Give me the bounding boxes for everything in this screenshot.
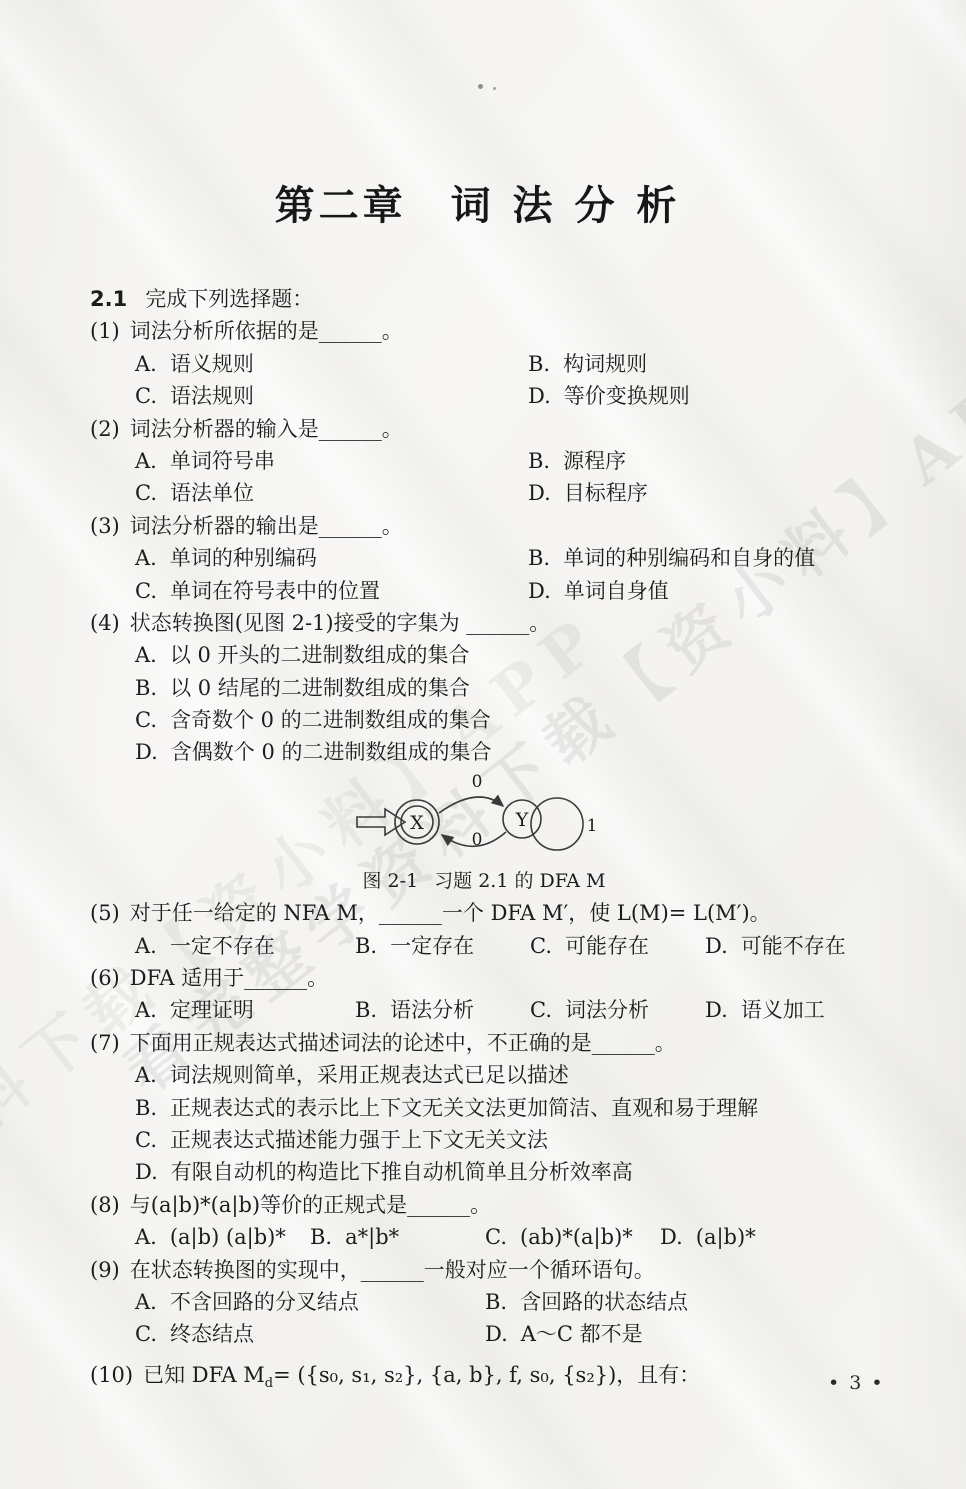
question-1-options-row-1: A.语义规则 B.构词规则 xyxy=(90,348,890,380)
option: A.(a|b) (a|b)* xyxy=(135,1221,310,1253)
option: C.语法规则 xyxy=(135,380,528,412)
option: C.单词在符号表中的位置 xyxy=(135,575,528,607)
question-9-stem: (9)在状态转换图的实现中，______一般对应一个循环语句。 xyxy=(90,1254,890,1286)
question-3-options-row-1: A.单词的种别编码 B.单词的种别编码和自身的值 xyxy=(90,542,890,574)
page-content: 第二章 词 法 分 析 2.1完成下列选择题： (1)词法分析所依据的是____… xyxy=(90,0,890,1391)
question-2-options-row-2: C.语法单位 D.目标程序 xyxy=(90,477,890,509)
question-5-stem: (5)对于任一给定的 NFA M，______一个 DFA M′，使 L(M)=… xyxy=(90,897,890,929)
page-number: • 3 • xyxy=(828,1372,885,1394)
question-7-option-a: A.词法规则简单，采用正规表达式已足以描述 xyxy=(90,1059,890,1091)
question-8-stem: (8)与(a|b)*(a|b)等价的正规式是______。 xyxy=(90,1189,890,1221)
option: B.含回路的状态结点 xyxy=(485,1286,890,1318)
figure-caption: 图 2-1习题 2.1 的 DFA M xyxy=(90,865,878,897)
question-8-options: A.(a|b) (a|b)* B.a*|b* C.(ab)*(a|b)* D.(… xyxy=(90,1221,890,1253)
option: B.一定存在 xyxy=(355,930,530,962)
question-6-options: A.定理证明 B.语法分析 C.词法分析 D.语义加工 xyxy=(90,994,890,1026)
section-text: 完成下列选择题： xyxy=(145,287,313,311)
option: D.可能不存在 xyxy=(705,930,890,962)
question-5-options: A.一定不存在 B.一定存在 C.可能存在 D.可能不存在 xyxy=(90,930,890,962)
option: B.构词规则 xyxy=(528,348,890,380)
edge-label-loop: 1 xyxy=(587,816,598,836)
question-4-option-a: A.以 0 开头的二进制数组成的集合 xyxy=(90,639,890,671)
option: C.终态结点 xyxy=(135,1318,485,1350)
scanned-textbook-page: 看完整学资料下载【资小料】APP 看完整学资料下载【资小料】APP 第二章 词 … xyxy=(0,0,966,1489)
question-7-stem: (7)下面用正规表达式描述词法的论述中，不正确的是______。 xyxy=(90,1027,890,1059)
option: D.等价变换规则 xyxy=(528,380,890,412)
edge-label-bottom: 0 xyxy=(472,830,483,850)
state-y-label: Y xyxy=(515,809,529,831)
question-3-stem: (3)词法分析器的输出是______。 xyxy=(90,510,890,542)
option: D.A～C 都不是 xyxy=(485,1318,890,1350)
section-heading: 2.1完成下列选择题： xyxy=(90,283,890,315)
option: B.a*|b* xyxy=(310,1221,485,1253)
option: A.单词符号串 xyxy=(135,445,528,477)
question-7-option-d: D.有限自动机的构造比下推自动机简单且分析效率高 xyxy=(90,1156,890,1188)
question-1-stem: (1)词法分析所依据的是______。 xyxy=(90,315,890,347)
option: B.源程序 xyxy=(528,445,890,477)
question-2-stem: (2)词法分析器的输入是______。 xyxy=(90,413,890,445)
option: B.单词的种别编码和自身的值 xyxy=(528,542,890,574)
subscript: d xyxy=(265,1376,273,1391)
option: C.词法分析 xyxy=(530,994,705,1026)
question-7-option-c: C.正规表达式描述能力强于上下文无关文法 xyxy=(90,1124,890,1156)
question-4-option-b: B.以 0 结尾的二进制数组成的集合 xyxy=(90,672,890,704)
option: A.一定不存在 xyxy=(135,930,355,962)
self-loop-edge xyxy=(531,798,583,850)
state-x-label: X xyxy=(410,812,424,834)
option: A.语义规则 xyxy=(135,348,528,380)
question-3-options-row-2: C.单词在符号表中的位置 D.单词自身值 xyxy=(90,575,890,607)
question-10-stem: (10)已知 DFA Md= ({s₀, s₁, s₂}, {a, b}, f,… xyxy=(90,1359,890,1391)
edge-x-to-y xyxy=(439,797,503,813)
option: A.不含回路的分叉结点 xyxy=(135,1286,485,1318)
option: D.语义加工 xyxy=(705,994,890,1026)
option: A.定理证明 xyxy=(135,994,355,1026)
question-9-options-row-1: A.不含回路的分叉结点 B.含回路的状态结点 xyxy=(90,1286,890,1318)
option: C.语法单位 xyxy=(135,477,528,509)
option: D.单词自身值 xyxy=(528,575,890,607)
option: B.语法分析 xyxy=(355,994,530,1026)
question-2-options-row-1: A.单词符号串 B.源程序 xyxy=(90,445,890,477)
option: C.(ab)*(a|b)* xyxy=(485,1221,660,1253)
edge-label-top: 0 xyxy=(472,772,483,792)
option: C.可能存在 xyxy=(530,930,705,962)
question-7-option-b: B.正规表达式的表示比上下文无关文法更加简洁、直观和易于理解 xyxy=(90,1092,890,1124)
question-4-stem: (4)状态转换图(见图 2-1)接受的字集为 ______。 xyxy=(90,607,890,639)
option: D.目标程序 xyxy=(528,477,890,509)
question-4-option-d: D.含偶数个 0 的二进制数组成的集合 xyxy=(90,736,890,768)
dfa-diagram: X Y 0 0 1 xyxy=(345,769,655,865)
option: A.单词的种别编码 xyxy=(135,542,528,574)
option: D.(a|b)* xyxy=(660,1221,890,1253)
question-1-options-row-2: C.语法规则 D.等价变换规则 xyxy=(90,380,890,412)
section-number: 2.1 xyxy=(90,287,127,311)
question-6-stem: (6)DFA 适用于______。 xyxy=(90,962,890,994)
question-4-option-c: C.含奇数个 0 的二进制数组成的集合 xyxy=(90,704,890,736)
chapter-title: 第二章 词 法 分 析 xyxy=(90,180,865,232)
question-9-options-row-2: C.终态结点 D.A～C 都不是 xyxy=(90,1318,890,1350)
dfa-figure: X Y 0 0 1 xyxy=(90,769,890,865)
